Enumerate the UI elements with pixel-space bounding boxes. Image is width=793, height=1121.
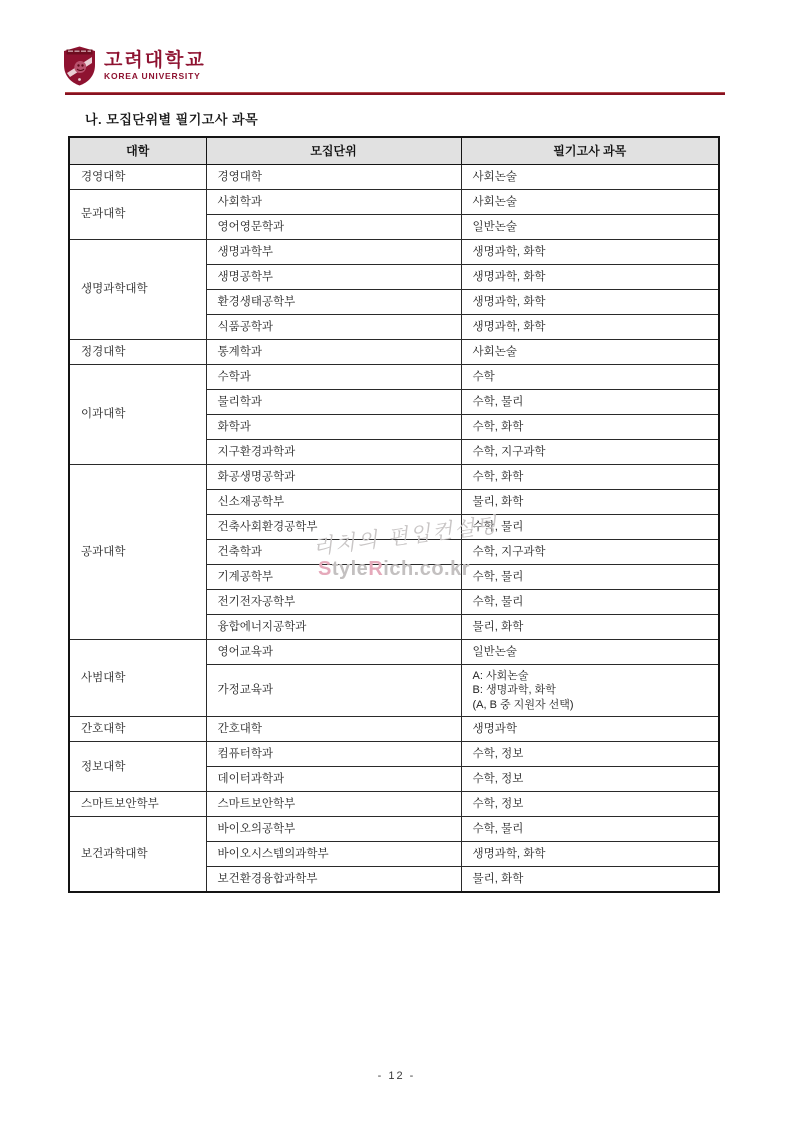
subject-cell: 수학 (461, 364, 719, 389)
subject-cell: 사회논술 (461, 189, 719, 214)
college-cell: 이과대학 (69, 364, 206, 464)
subject-line: B: 생명과학, 화학 (473, 683, 708, 698)
table-row: 정보대학컴퓨터학과수학, 정보 (69, 742, 719, 767)
college-cell: 사범대학 (69, 639, 206, 717)
column-header-college: 대학 (69, 137, 206, 164)
unit-cell: 바이오시스템의과학부 (206, 842, 461, 867)
table-row: 정경대학통계학과사회논술 (69, 339, 719, 364)
subject-cell: 생명과학, 화학 (461, 314, 719, 339)
subject-cell: 생명과학, 화학 (461, 289, 719, 314)
table-row: 생명과학대학생명과학부생명과학, 화학 (69, 239, 719, 264)
exam-subjects-table-container: 대학 모집단위 필기고사 과목 경영대학경영대학사회논술문과대학사회학과사회논술… (68, 136, 718, 893)
college-cell: 경영대학 (69, 164, 206, 189)
unit-cell: 수학과 (206, 364, 461, 389)
document-page: 고려대학교 KOREA UNIVERSITY 나. 모집단위별 필기고사 과목 … (0, 0, 793, 1121)
subject-cell: 사회논술 (461, 164, 719, 189)
unit-cell: 기계공학부 (206, 564, 461, 589)
header-rule-divider (65, 92, 725, 95)
subject-cell: 수학, 지구과학 (461, 439, 719, 464)
college-cell: 스마트보안학부 (69, 792, 206, 817)
unit-cell: 신소재공학부 (206, 489, 461, 514)
college-cell: 문과대학 (69, 189, 206, 239)
subject-cell: 일반논술 (461, 639, 719, 664)
table-header-row: 대학 모집단위 필기고사 과목 (69, 137, 719, 164)
college-cell: 간호대학 (69, 717, 206, 742)
section-heading: 나. 모집단위별 필기고사 과목 (85, 109, 258, 128)
subject-cell: 수학, 물리 (461, 589, 719, 614)
unit-cell: 건축학과 (206, 539, 461, 564)
college-cell: 정보대학 (69, 742, 206, 792)
subject-cell: 물리, 화학 (461, 614, 719, 639)
unit-cell: 가정교육과 (206, 664, 461, 717)
college-cell: 정경대학 (69, 339, 206, 364)
unit-cell: 생명과학부 (206, 239, 461, 264)
unit-cell: 물리학과 (206, 389, 461, 414)
unit-cell: 경영대학 (206, 164, 461, 189)
subject-cell: 수학, 물리 (461, 389, 719, 414)
ku-shield-logo-icon (63, 46, 96, 86)
unit-cell: 통계학과 (206, 339, 461, 364)
unit-cell: 영어영문학과 (206, 214, 461, 239)
unit-cell: 바이오의공학부 (206, 817, 461, 842)
subject-cell: 수학, 정보 (461, 767, 719, 792)
subject-cell: 수학, 화학 (461, 464, 719, 489)
unit-cell: 데이터과학과 (206, 767, 461, 792)
table-row: 간호대학간호대학생명과학 (69, 717, 719, 742)
college-cell: 생명과학대학 (69, 239, 206, 339)
college-cell: 공과대학 (69, 464, 206, 639)
table-row: 사범대학영어교육과일반논술 (69, 639, 719, 664)
subject-cell: A: 사회논술B: 생명과학, 화학(A, B 중 지원자 선택) (461, 664, 719, 717)
table-row: 공과대학화공생명공학과수학, 화학 (69, 464, 719, 489)
exam-subjects-table: 대학 모집단위 필기고사 과목 경영대학경영대학사회논술문과대학사회학과사회논술… (68, 136, 720, 893)
subject-line: A: 사회논술 (473, 669, 708, 684)
subject-cell: 생명과학, 화학 (461, 842, 719, 867)
page-number: - 12 - (0, 1070, 793, 1082)
unit-cell: 환경생태공학부 (206, 289, 461, 314)
subject-cell: 수학, 물리 (461, 514, 719, 539)
subject-cell: 수학, 물리 (461, 564, 719, 589)
table-row: 보건과학대학바이오의공학부수학, 물리 (69, 817, 719, 842)
subject-cell: 사회논술 (461, 339, 719, 364)
subject-cell: 수학, 지구과학 (461, 539, 719, 564)
unit-cell: 전기전자공학부 (206, 589, 461, 614)
unit-cell: 화공생명공학과 (206, 464, 461, 489)
subject-cell: 생명과학, 화학 (461, 264, 719, 289)
subject-cell: 수학, 정보 (461, 742, 719, 767)
subject-cell: 수학, 화학 (461, 414, 719, 439)
unit-cell: 건축사회환경공학부 (206, 514, 461, 539)
unit-cell: 보건환경융합과학부 (206, 867, 461, 892)
subject-cell: 물리, 화학 (461, 489, 719, 514)
column-header-subject: 필기고사 과목 (461, 137, 719, 164)
table-row: 이과대학수학과수학 (69, 364, 719, 389)
column-header-unit: 모집단위 (206, 137, 461, 164)
unit-cell: 컴퓨터학과 (206, 742, 461, 767)
unit-cell: 영어교육과 (206, 639, 461, 664)
unit-cell: 생명공학부 (206, 264, 461, 289)
subject-cell: 생명과학, 화학 (461, 239, 719, 264)
subject-line: (A, B 중 지원자 선택) (473, 698, 708, 713)
table-row: 스마트보안학부스마트보안학부수학, 정보 (69, 792, 719, 817)
college-cell: 보건과학대학 (69, 817, 206, 892)
logo-korean-name: 고려대학교 (104, 50, 206, 71)
subject-cell: 수학, 물리 (461, 817, 719, 842)
logo-english-name: KOREA UNIVERSITY (104, 71, 206, 82)
subject-cell: 수학, 정보 (461, 792, 719, 817)
unit-cell: 간호대학 (206, 717, 461, 742)
subject-cell: 생명과학 (461, 717, 719, 742)
subject-cell: 일반논술 (461, 214, 719, 239)
korea-university-logo: 고려대학교 KOREA UNIVERSITY (63, 46, 206, 86)
table-row: 경영대학경영대학사회논술 (69, 164, 719, 189)
subject-cell: 물리, 화학 (461, 867, 719, 892)
unit-cell: 스마트보안학부 (206, 792, 461, 817)
logo-text: 고려대학교 KOREA UNIVERSITY (104, 50, 206, 82)
table-row: 문과대학사회학과사회논술 (69, 189, 719, 214)
unit-cell: 화학과 (206, 414, 461, 439)
unit-cell: 식품공학과 (206, 314, 461, 339)
unit-cell: 지구환경과학과 (206, 439, 461, 464)
unit-cell: 융합에너지공학과 (206, 614, 461, 639)
unit-cell: 사회학과 (206, 189, 461, 214)
